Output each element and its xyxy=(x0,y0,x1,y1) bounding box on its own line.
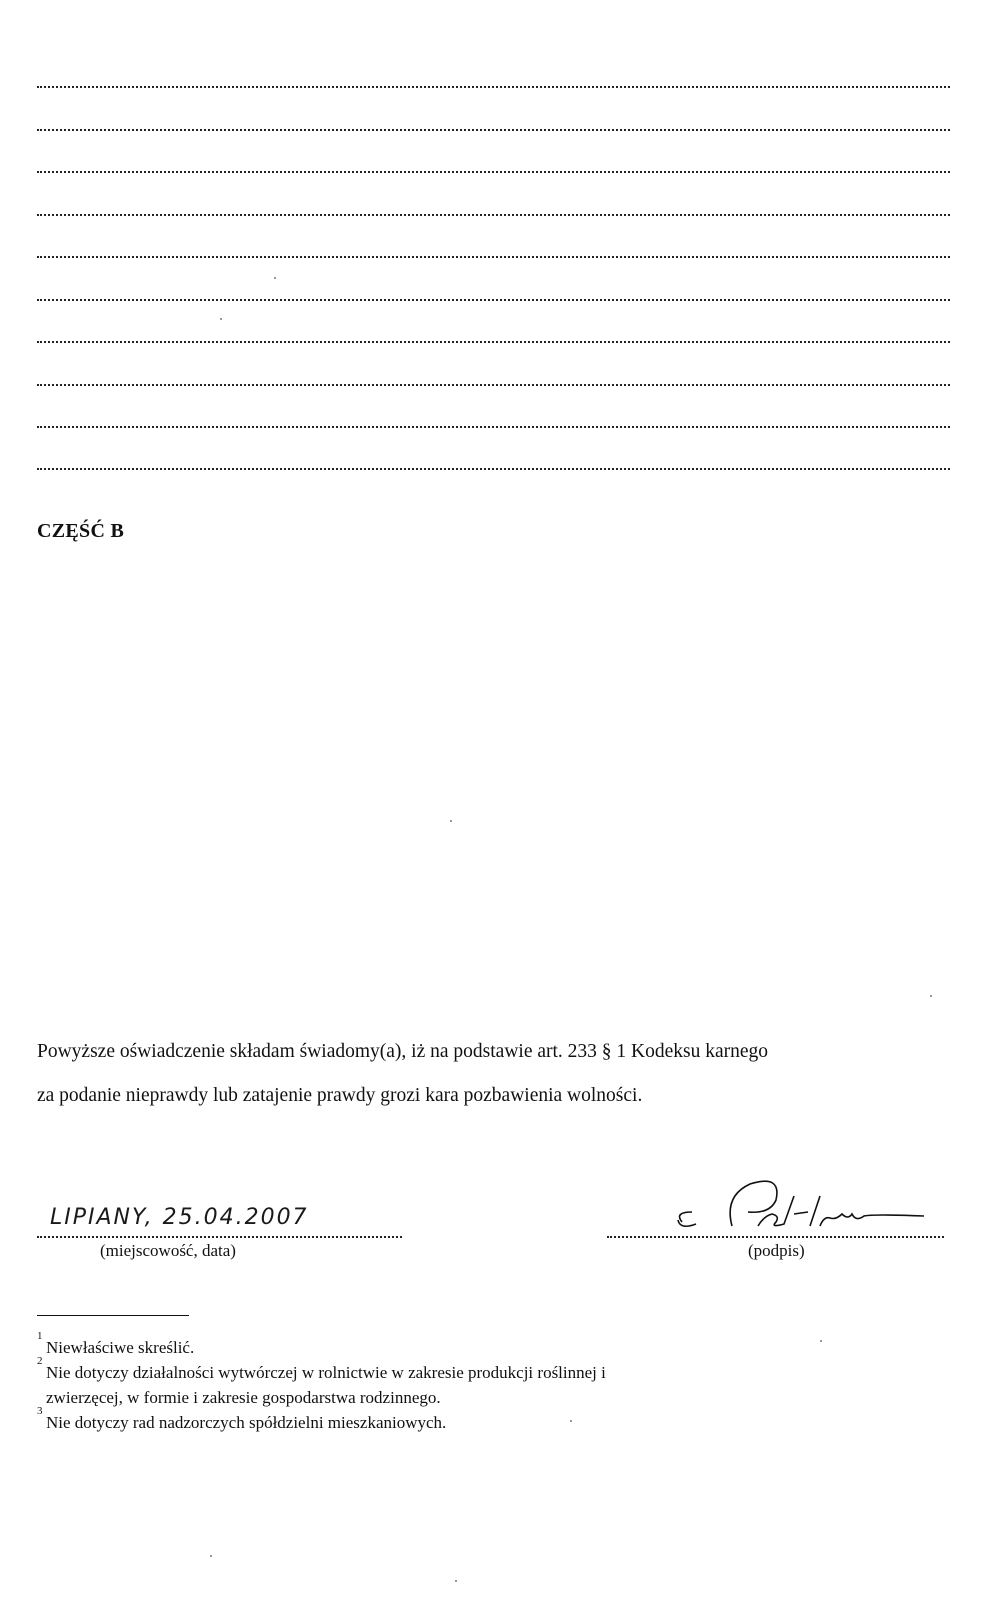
footnote-text: Nie dotyczy działalności wytwórczej w ro… xyxy=(46,1363,606,1407)
blank-dotted-line xyxy=(37,384,950,386)
place-date-caption: (miejscowość, data) xyxy=(100,1241,236,1261)
place-date-handwritten: LIPIANY, 25.04.2007 xyxy=(50,1205,309,1230)
footnotes: 1 Niewłaściwe skreślić. 2 Nie dotyczy dz… xyxy=(37,1335,637,1435)
footnote-marker: 1 xyxy=(37,1331,43,1342)
blank-dotted-line xyxy=(37,129,950,131)
footnote-1: 1 Niewłaściwe skreślić. xyxy=(37,1335,637,1360)
blank-dotted-line xyxy=(37,426,950,428)
blank-dotted-line xyxy=(37,214,950,216)
signature-dotted-line xyxy=(607,1236,944,1238)
footnote-text: Niewłaściwe skreślić. xyxy=(46,1338,194,1357)
blank-dotted-line xyxy=(37,86,950,88)
footnote-marker: 3 xyxy=(37,1406,43,1417)
declaration-line-1: Powyższe oświadczenie składam świadomy(a… xyxy=(37,1030,967,1074)
footnote-separator xyxy=(37,1315,189,1316)
footnote-2: 2 Nie dotyczy działalności wytwórczej w … xyxy=(37,1360,606,1410)
declaration-line-2: za podanie nieprawdy lub zatajenie prawd… xyxy=(37,1074,967,1118)
place-date-dotted-line xyxy=(37,1236,402,1238)
signature-caption: (podpis) xyxy=(748,1241,805,1261)
section-heading: CZĘŚĆ B xyxy=(37,520,124,543)
signature-scribble xyxy=(670,1170,960,1240)
blank-dotted-line xyxy=(37,341,950,343)
blank-dotted-line xyxy=(37,468,950,470)
blank-dotted-line xyxy=(37,256,950,258)
blank-dotted-line xyxy=(37,171,950,173)
footnote-marker: 2 xyxy=(37,1356,43,1367)
footnote-3: 3 Nie dotyczy rad nadzorczych spółdzieln… xyxy=(37,1410,637,1435)
declaration-text: Powyższe oświadczenie składam świadomy(a… xyxy=(37,1030,967,1118)
footnote-text: Nie dotyczy rad nadzorczych spółdzielni … xyxy=(46,1413,446,1432)
blank-dotted-line xyxy=(37,299,950,301)
